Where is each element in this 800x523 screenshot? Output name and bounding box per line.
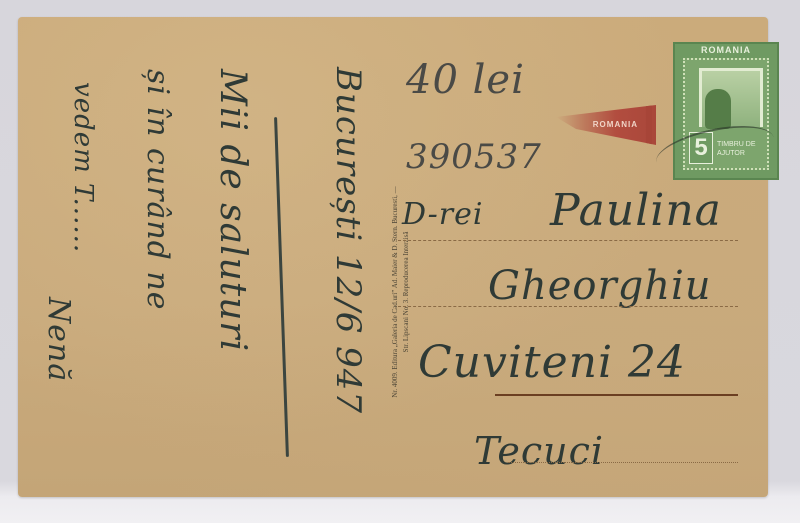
- address-line-3: [495, 394, 738, 396]
- stamp-country: ROMANIA: [675, 45, 777, 55]
- place-date: București 12/6 947: [328, 67, 368, 414]
- reference-note: 390537: [406, 137, 542, 177]
- address-street: Cuviteni 24: [418, 337, 686, 388]
- address-line-2: [398, 306, 738, 307]
- address-name-line-2: Gheorghiu: [488, 263, 712, 309]
- divider-flourish: [274, 117, 289, 457]
- signature: Nenă: [41, 297, 76, 382]
- address-line-1: [398, 240, 738, 241]
- address-salutation: D-rei: [402, 197, 483, 232]
- red-postal-mark: ROMANIA: [556, 105, 656, 145]
- message-line-1: Mii de saluturi: [212, 69, 253, 352]
- address-name-line-1: Paulina: [550, 185, 722, 236]
- postcard: Mii de saluturi și în curând ne vedem T.…: [18, 17, 768, 497]
- message-line-2: și în curând ne: [140, 69, 175, 310]
- price-note: 40 lei: [406, 57, 525, 103]
- postage-stamp: ROMANIA 5 TIMBRU DE AJUTOR: [673, 42, 779, 180]
- imprint-line-1: Nr. 4009. Editura „Galeria de Cad.uri” A…: [390, 122, 401, 462]
- address-city: Tecuci: [474, 429, 604, 473]
- address-line-4: [508, 462, 738, 463]
- message-line-3: vedem T......: [68, 82, 98, 253]
- weaver-figure: [705, 89, 731, 129]
